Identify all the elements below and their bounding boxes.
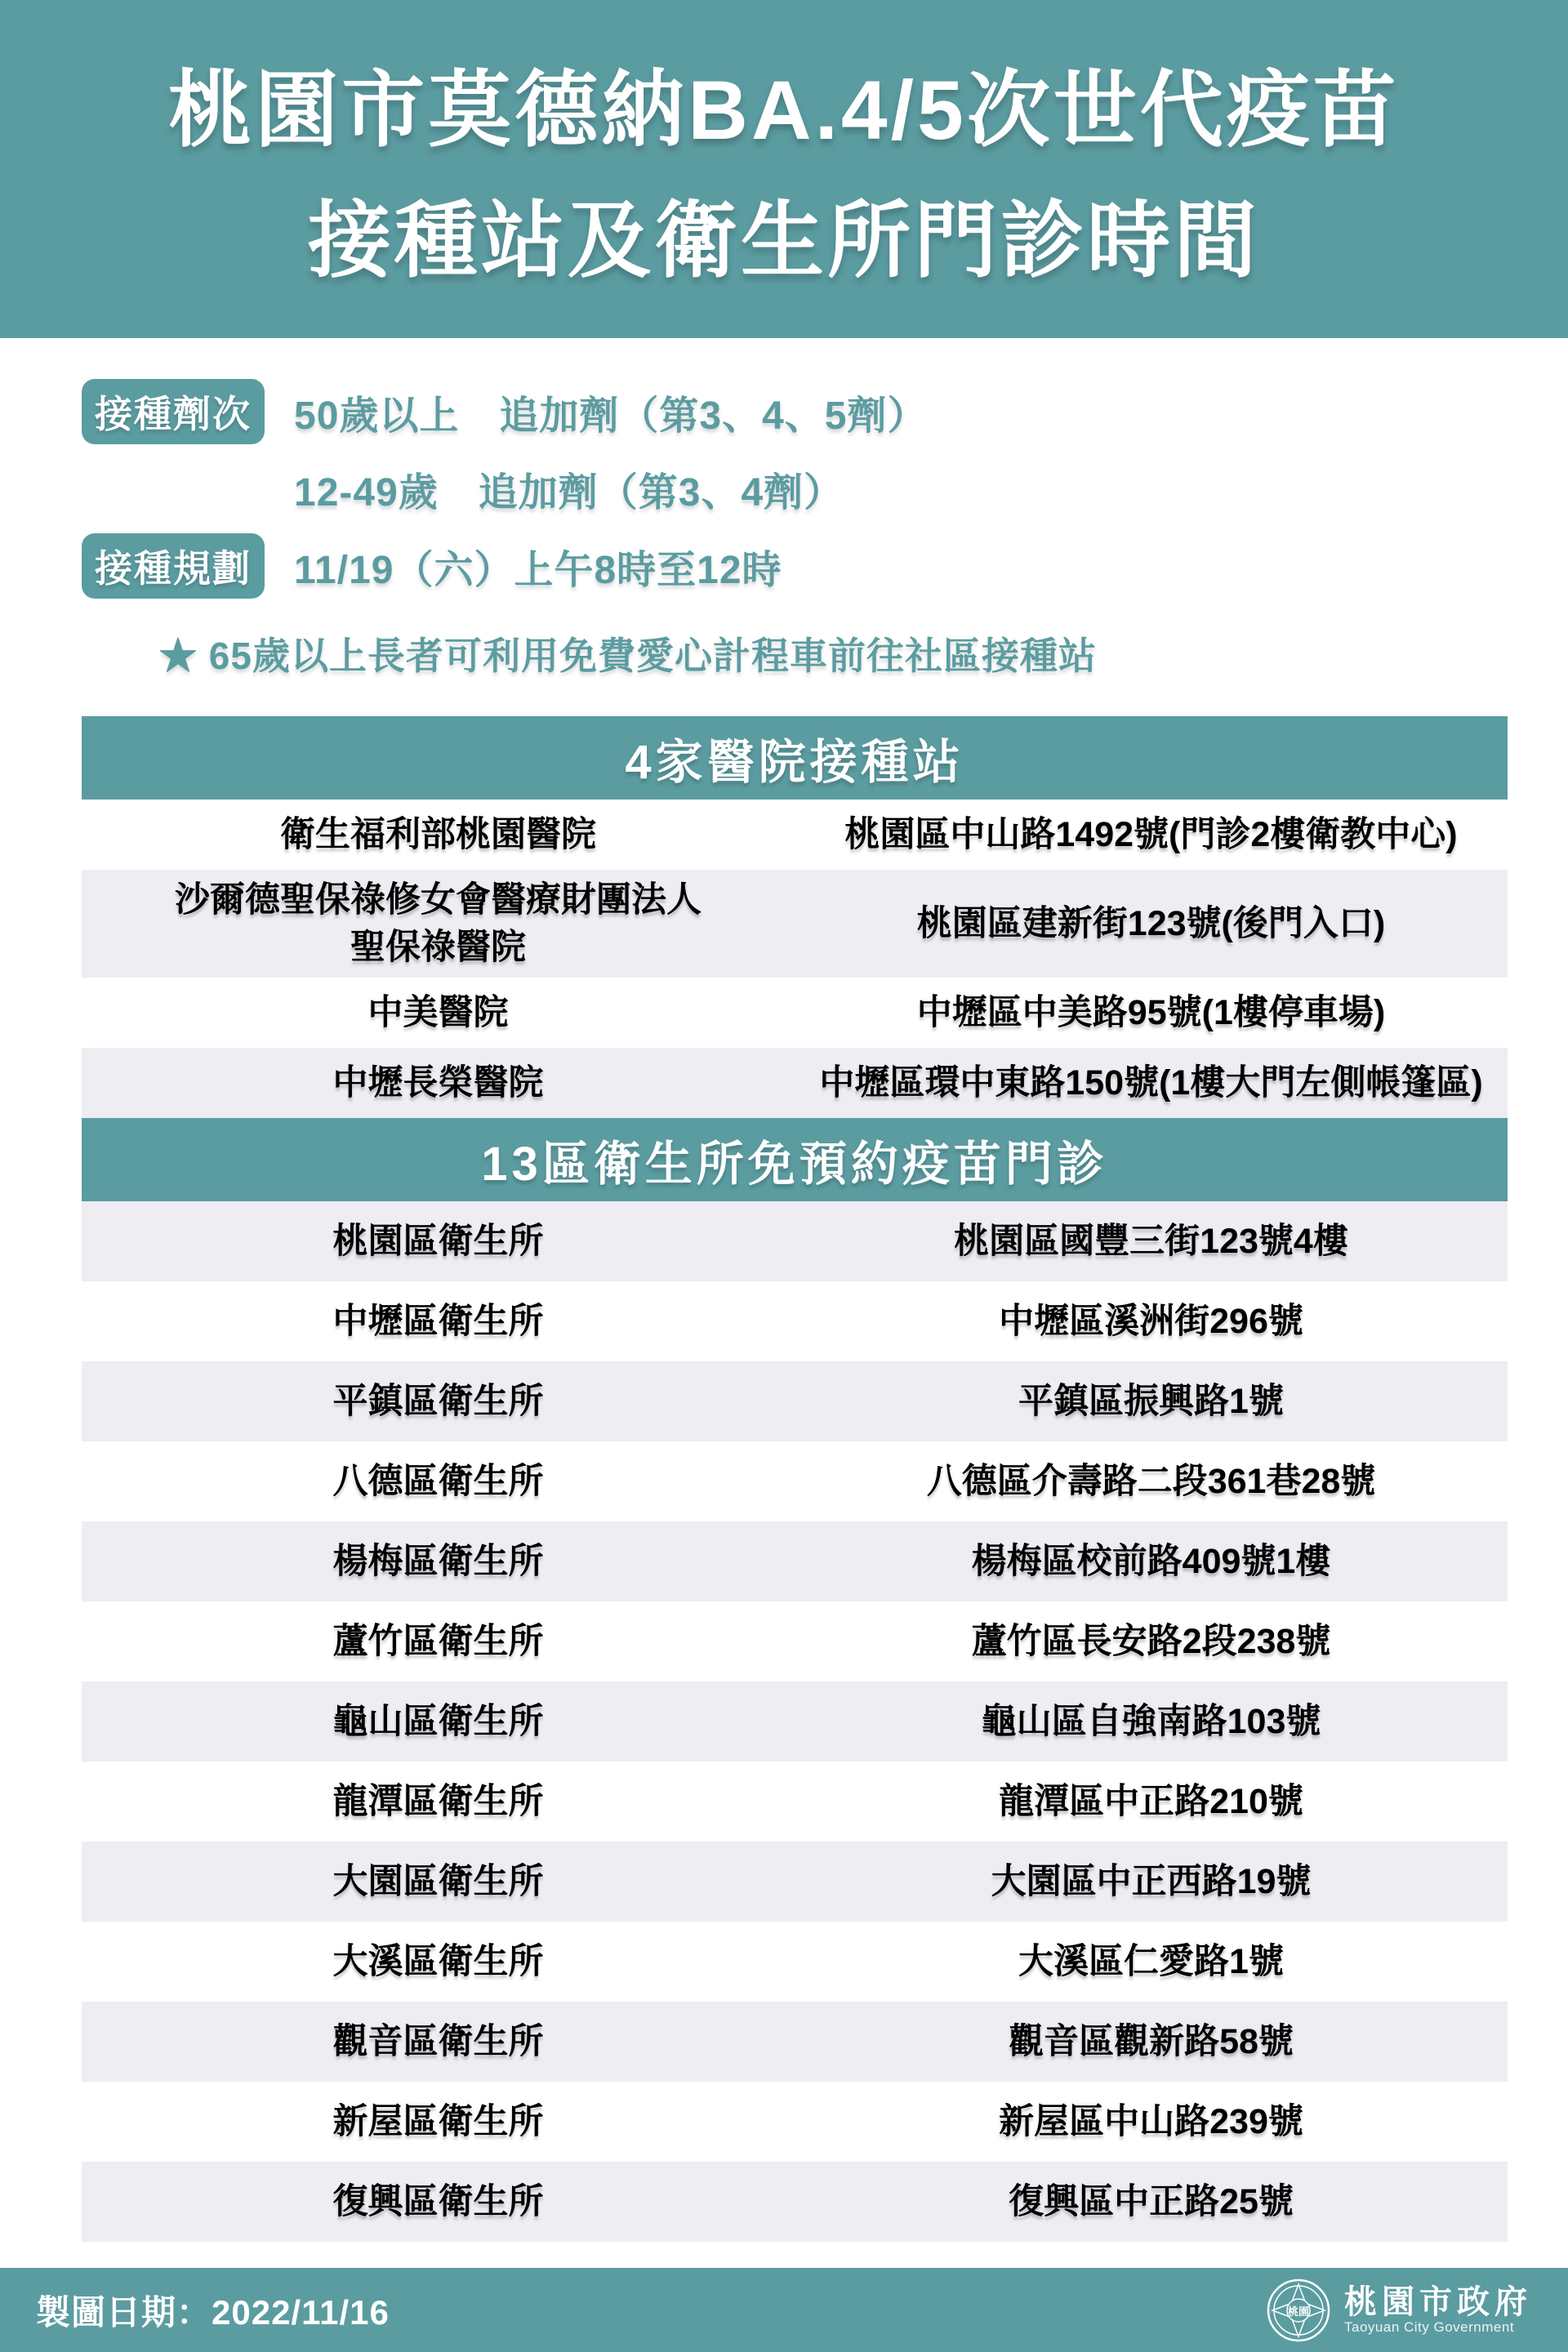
clinic-name: 大園區衛生所: [82, 1842, 795, 1922]
dose-badge: 接種劑次: [82, 379, 265, 444]
table-row: 楊梅區衛生所 楊梅區校前路409號1樓: [82, 1521, 1508, 1601]
vaccination-info: 接種劑次 50歲以上 追加劑（第3、4、5劑） 12-49歲 追加劑（第3、4劑…: [82, 379, 1568, 680]
clinic-name: 桃園區衛生所: [82, 1201, 795, 1281]
table-row: 衛生福利部桃園醫院 桃園區中山路1492號(門診2樓衛教中心): [82, 800, 1508, 870]
dose-info-row-2: 12-49歲 追加劑（第3、4劑）: [82, 461, 1568, 517]
gov-name-block: 桃園市政府 Taoyuan City Government: [1344, 2284, 1532, 2336]
table-row: 中壢長榮醫院 中壢區環中東路150號(1樓大門左側帳篷區): [82, 1048, 1508, 1118]
table-row: 龜山區衛生所 龜山區自強南路103號: [82, 1682, 1508, 1762]
clinic-address: 中壢區溪洲街296號: [795, 1281, 1508, 1361]
hero-banner: 桃園市莫德納BA.4/5次世代疫苗 接種站及衛生所門診時間: [0, 0, 1568, 338]
clinic-address: 蘆竹區長安路2段238號: [795, 1601, 1508, 1682]
plan-badge: 接種規劃: [82, 533, 265, 599]
plan-info-row: 接種規劃 11/19（六）上午8時至12時: [82, 533, 1568, 599]
clinic-name: 八德區衛生所: [82, 1441, 795, 1521]
clinic-rows: 桃園區衛生所 桃園區國豐三街123號4樓 中壢區衛生所 中壢區溪洲街296號 平…: [82, 1201, 1508, 2242]
table-row: 新屋區衛生所 新屋區中山路239號: [82, 2082, 1508, 2162]
clinic-name: 龍潭區衛生所: [82, 1762, 795, 1842]
table-row: 中壢區衛生所 中壢區溪洲街296號: [82, 1281, 1508, 1361]
hospital-rows: 衛生福利部桃園醫院 桃園區中山路1492號(門診2樓衛教中心) 沙爾德聖保祿修女…: [82, 800, 1508, 1118]
page-title-line1: 桃園市莫德納BA.4/5次世代疫苗: [168, 44, 1399, 163]
clinic-address: 大園區中正西路19號: [795, 1842, 1508, 1922]
clinic-address: 觀音區觀新路58號: [795, 2002, 1508, 2082]
clinic-name: 平鎮區衛生所: [82, 1361, 795, 1441]
dose-info-row: 接種劑次 50歲以上 追加劑（第3、4、5劑）: [82, 379, 1568, 444]
hospital-address: 中壢區環中東路150號(1樓大門左側帳篷區): [795, 1048, 1508, 1118]
clinic-section-header: 13區衛生所免預約疫苗門診: [82, 1118, 1508, 1201]
clinic-address: 桃園區國豐三街123號4樓: [795, 1201, 1508, 1281]
clinic-name: 新屋區衛生所: [82, 2082, 795, 2162]
senior-taxi-note: ★ 65歲以上長者可利用免費愛心計程車前往社區接種站: [159, 626, 1568, 680]
clinic-name: 觀音區衛生所: [82, 2002, 795, 2082]
clinic-address: 大溪區仁愛路1號: [795, 1922, 1508, 2002]
table-row: 大園區衛生所 大園區中正西路19號: [82, 1842, 1508, 1922]
table-row: 龍潭區衛生所 龍潭區中正路210號: [82, 1762, 1508, 1842]
clinic-address: 楊梅區校前路409號1樓: [795, 1521, 1508, 1601]
clinic-address: 平鎮區振興路1號: [795, 1361, 1508, 1441]
gov-name-en: Taoyuan City Government: [1344, 2320, 1532, 2336]
clinic-address: 龍潭區中正路210號: [795, 1762, 1508, 1842]
table-row: 桃園區衛生所 桃園區國豐三街123號4樓: [82, 1201, 1508, 1281]
hospital-address: 桃園區中山路1492號(門診2樓衛教中心): [795, 800, 1508, 870]
gov-name: 桃園市政府: [1344, 2284, 1532, 2320]
clinic-name: 蘆竹區衛生所: [82, 1601, 795, 1682]
clinic-name: 中壢區衛生所: [82, 1281, 795, 1361]
table-row: 蘆竹區衛生所 蘆竹區長安路2段238號: [82, 1601, 1508, 1682]
hospital-name: 衛生福利部桃園醫院: [82, 800, 795, 870]
dose-line-2: 12-49歲 追加劑（第3、4劑）: [294, 461, 844, 517]
taoyuan-gov-brand: 桃園 桃園市政府 Taoyuan City Government: [1266, 2278, 1532, 2343]
hospital-name: 中美醫院: [82, 978, 795, 1048]
clinic-address: 新屋區中山路239號: [795, 2082, 1508, 2162]
creation-date-label: 製圖日期：2022/11/16: [36, 2286, 390, 2335]
hospital-name: 中壢長榮醫院: [82, 1048, 795, 1118]
table-row: 中美醫院 中壢區中美路95號(1樓停車場): [82, 978, 1508, 1048]
table-row: 觀音區衛生所 觀音區觀新路58號: [82, 2002, 1508, 2082]
clinic-address: 復興區中正路25號: [795, 2162, 1508, 2242]
taoyuan-gov-logo-icon: 桃園: [1266, 2278, 1331, 2343]
table-row: 大溪區衛生所 大溪區仁愛路1號: [82, 1922, 1508, 2002]
clinic-name: 楊梅區衛生所: [82, 1521, 795, 1601]
hospital-name: 沙爾德聖保祿修女會醫療財團法人 聖保祿醫院: [82, 870, 795, 978]
hospital-address: 中壢區中美路95號(1樓停車場): [795, 978, 1508, 1048]
hospital-section-header: 4家醫院接種站: [82, 716, 1508, 800]
table-row: 八德區衛生所 八德區介壽路二段361巷28號: [82, 1441, 1508, 1521]
clinic-name: 大溪區衛生所: [82, 1922, 795, 2002]
footer-bar: 製圖日期：2022/11/16 桃園 桃園市政府 Taoyuan City Go…: [0, 2268, 1568, 2352]
plan-line: 11/19（六）上午8時至12時: [294, 538, 782, 595]
page-title-line2: 接種站及衛生所門診時間: [308, 175, 1260, 294]
table-row: 平鎮區衛生所 平鎮區振興路1號: [82, 1361, 1508, 1441]
table-row: 復興區衛生所 復興區中正路25號: [82, 2162, 1508, 2242]
logo-inner-text: 桃園: [1288, 2305, 1309, 2318]
clinic-address: 龜山區自強南路103號: [795, 1682, 1508, 1762]
hospital-address: 桃園區建新街123號(後門入口): [795, 870, 1508, 978]
table-row: 沙爾德聖保祿修女會醫療財團法人 聖保祿醫院 桃園區建新街123號(後門入口): [82, 870, 1508, 978]
stations-table: 4家醫院接種站 衛生福利部桃園醫院 桃園區中山路1492號(門診2樓衛教中心) …: [82, 716, 1508, 2242]
clinic-name: 復興區衛生所: [82, 2162, 795, 2242]
clinic-name: 龜山區衛生所: [82, 1682, 795, 1762]
clinic-address: 八德區介壽路二段361巷28號: [795, 1441, 1508, 1521]
dose-line-1: 50歲以上 追加劑（第3、4、5劑）: [294, 384, 927, 440]
